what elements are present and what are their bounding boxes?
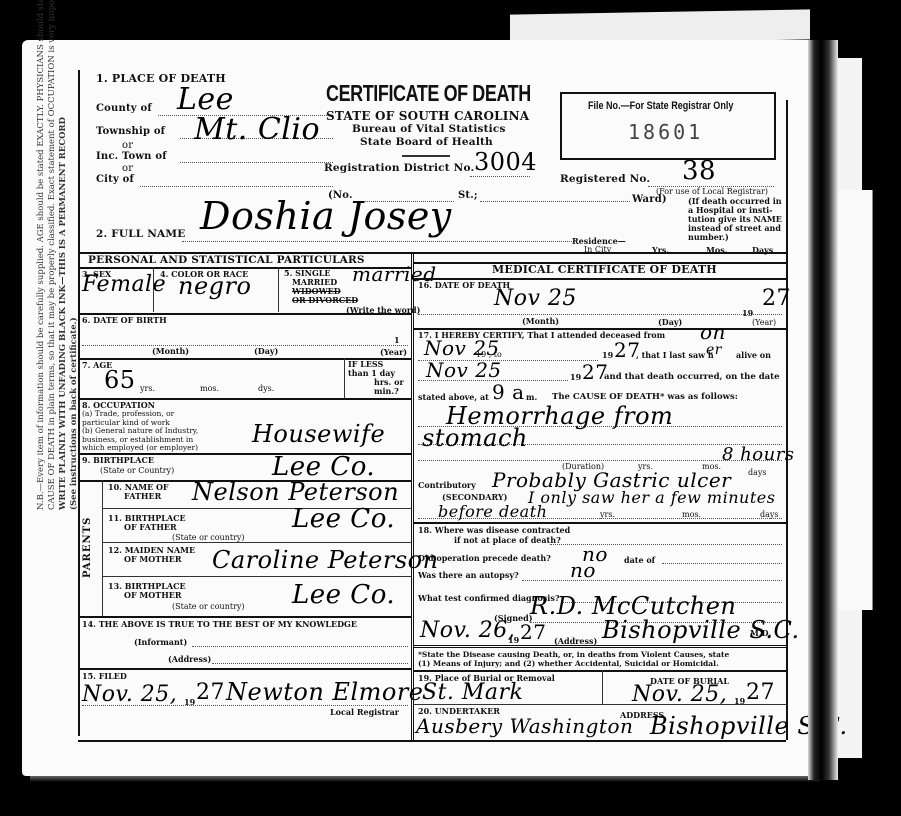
parents-column-divider (102, 480, 103, 616)
bureau-name: Bureau of Vital Statistics (352, 123, 506, 135)
undertaker-value: Ausbery Washington (416, 714, 633, 738)
secondary-label: (SECONDARY) (442, 492, 507, 502)
duration-value: 8 hours (722, 444, 795, 465)
mother-maiden-name-value: Caroline Peterson (212, 546, 439, 574)
contributory-label: Contributory (418, 480, 476, 490)
age-mos: mos. (200, 384, 219, 393)
cause-of-death-line-2: stomach (422, 424, 528, 452)
contributory-value-2: I only saw her a few minutes (528, 488, 775, 507)
sign-year-prefix: 19 (508, 635, 519, 645)
or-text: or (122, 140, 133, 151)
date-of-death-line (418, 314, 782, 315)
sign-year-value: 27 (520, 620, 546, 644)
year-prefix: 19 (742, 308, 753, 318)
father-birthplace-caption: (State or country) (172, 533, 245, 542)
death-occurred-text: and that death occurred, on the date (604, 372, 780, 382)
file-box-label: File No.—For State Registrar Only (588, 100, 733, 112)
street-line (480, 201, 630, 202)
filed-line (82, 705, 408, 706)
dob-label: 6. DATE OF BIRTH (82, 315, 167, 325)
board-name: State Board of Health (360, 136, 493, 148)
registered-no-label: Registered No. (560, 173, 650, 185)
full-name-line (182, 241, 572, 242)
date-of-death-value: Nov 25 (494, 286, 577, 311)
last-saw-pronoun: er (706, 342, 722, 358)
hospital-note-line: number.) (688, 233, 782, 242)
state-registrar-file-box: File No.—For State Registrar Only 18601 (560, 92, 776, 160)
local-registrar-signature: Newton Elmore (226, 678, 424, 706)
informant-address-line (212, 663, 408, 664)
year-of-death-value: 27 (762, 286, 791, 311)
time-of-death-value: 9 a (492, 380, 525, 404)
full-name-value: Doshia Josey (200, 194, 452, 238)
informant-label: (Informant) (134, 637, 187, 647)
death-certificate-page: N.B.—Every item of information should be… (22, 40, 812, 776)
center-column-divider (411, 252, 414, 740)
cause-footnote: *State the Disease causing Death, or, in… (418, 650, 729, 668)
day-caption: (Day) (658, 317, 682, 327)
city-label: City of (96, 174, 134, 185)
registration-district-label: Registration District No. (324, 162, 474, 174)
column-divider (278, 267, 279, 312)
registration-district-value: 3004 (474, 148, 537, 176)
secondary-mos: mos. (682, 510, 701, 519)
dob-day-caption: (Day) (254, 346, 278, 356)
township-label: Township of (96, 126, 165, 137)
certificate-title: CERTIFICATE OF DEATH (326, 80, 531, 107)
dob-line (82, 345, 408, 346)
occupation-instruction-line: which employed (or employer) (82, 444, 198, 453)
city-field-line (140, 186, 333, 187)
footnote-line: *State the Disease causing Death, or, in… (418, 650, 729, 659)
file-number: 18601 (628, 120, 703, 144)
operation-label: Did operation precede death? (418, 553, 551, 563)
occupation-value: Housewife (252, 420, 385, 448)
last-saw-text: , that I last saw h (636, 350, 714, 360)
label-line: OF MOTHER (108, 555, 195, 564)
year-prefix-1: 19 (602, 350, 613, 360)
alive-on-text: alive on (736, 350, 771, 360)
filed-year-value: 27 (196, 680, 225, 705)
row-divider (102, 576, 411, 577)
row-divider (414, 522, 786, 524)
mother-birthplace-value: Lee Co. (292, 580, 395, 610)
duration-days: days (748, 468, 767, 477)
side-instruction-line: N.B.—Every item of information should be… (36, 0, 47, 510)
mother-birthplace-label: 13. BIRTHPLACE OF MOTHER (108, 582, 186, 600)
form-right-border (786, 100, 788, 740)
if-less-than-day: IF LESS than 1 day hrs. or min.? (348, 360, 404, 396)
dob-year-caption: (Year) (380, 347, 407, 357)
secondary-yrs: yrs. (600, 510, 615, 519)
personal-section-heading: PERSONAL AND STATISTICAL PARTICULARS (88, 254, 365, 266)
m-text: m. (526, 392, 537, 402)
date-of-label: date of (624, 555, 655, 565)
father-name-label: 10. NAME OF FATHER (108, 483, 169, 501)
birthplace-caption: (State or Country) (100, 466, 174, 475)
operation-date-line (662, 563, 782, 564)
race-value: negro (178, 272, 251, 300)
autopsy-label: Was there an autopsy? (418, 570, 519, 580)
book-binding (808, 40, 838, 780)
filed-date-value: Nov. 25, (82, 682, 177, 707)
occupation-instructions: (a) Trade, profession, or particular kin… (82, 410, 198, 453)
medical-section-heading: MEDICAL CERTIFICATE OF DEATH (492, 263, 717, 276)
secondary-days: days (760, 510, 779, 519)
dob-year-value: 1 (394, 335, 400, 345)
label-line: FATHER (108, 492, 169, 501)
inc-town-label: Inc. Town of (96, 151, 167, 162)
age-dys: dys. (258, 384, 274, 393)
age-value: 65 (104, 366, 136, 394)
cause-intro-text: The CAUSE OF DEATH* was as follows: (552, 392, 738, 402)
stated-above-text: stated above, at (418, 392, 489, 402)
local-registrar-label: Local Registrar (330, 707, 399, 717)
dob-month-caption: (Month) (152, 346, 189, 356)
full-name-label: 2. FULL NAME (96, 228, 185, 240)
father-birthplace-value: Lee Co. (292, 504, 395, 534)
informant-address-label: (Address) (168, 654, 211, 664)
mother-maiden-name-label: 12. MAIDEN NAME OF MOTHER (108, 546, 195, 564)
where-contracted-label-2: if not at place of death? (454, 535, 561, 545)
side-instruction-line: (See instructions on back of certificate… (69, 0, 80, 510)
autopsy-line (522, 580, 782, 581)
father-birthplace-label: 11. BIRTHPLACE OF FATHER (108, 514, 186, 532)
filed-label: 15. FILED (82, 671, 127, 681)
row-divider (102, 542, 411, 543)
label-line: OF MOTHER (108, 591, 186, 600)
or-text: or (122, 163, 133, 174)
side-instruction-line: WRITE PLAINLY WITH UNFADING BLACK INK—TH… (58, 0, 69, 510)
column-divider (153, 267, 154, 312)
label-line: OF FATHER (108, 523, 186, 532)
year-caption: (Year) (752, 318, 776, 327)
physician-address-value: Bishopville S.C. (602, 616, 800, 644)
state-name: STATE OF SOUTH CAROLINA (326, 109, 529, 123)
if-less-line: min.? (348, 387, 404, 396)
row-divider (414, 670, 786, 672)
birthplace-label: 9. BIRTHPLACE (82, 455, 154, 465)
row-divider (414, 704, 786, 705)
column-divider (602, 670, 603, 704)
where-contracted-label: 18. Where was disease contracted (418, 525, 570, 535)
marital-option: OR DIVORCED (284, 296, 358, 305)
ward-label: Ward) (632, 194, 667, 205)
informant-line (192, 646, 408, 647)
father-name-value: Nelson Peterson (192, 478, 399, 506)
row-divider (414, 645, 786, 648)
street-label: St.; (458, 190, 478, 201)
title-divider (402, 155, 450, 157)
age-yrs: yrs. (140, 384, 155, 393)
sign-date-value: Nov. 26, (420, 618, 515, 643)
marital-status-options: 5. SINGLE MARRIED WIDOWED OR DIVORCED (284, 269, 358, 305)
background-sheet-edge (836, 190, 873, 610)
registered-no-value: 38 (682, 156, 716, 186)
parents-label: PARENTS (82, 517, 93, 578)
inc-town-field-line (180, 162, 333, 163)
mother-birthplace-caption: (State or country) (172, 602, 245, 611)
attended-from-value: on (700, 320, 726, 344)
county-label: County of (96, 103, 152, 114)
form-bottom-border (78, 740, 786, 742)
column-divider (344, 358, 345, 398)
side-instruction-line: CAUSE OF DEATH in plain terms, so that i… (47, 0, 58, 510)
local-registrar-note: (For use of Local Registrar) (656, 187, 768, 196)
side-instructions: N.B.—Every item of information should be… (36, 0, 80, 510)
footnote-line: (1) Means of Injury; and (2) whether Acc… (418, 659, 729, 668)
autopsy-value: no (570, 558, 596, 582)
informant-heading: 14. THE ABOVE IS TRUE TO THE BEST OF MY … (82, 619, 357, 629)
burial-place-value: St. Mark (422, 680, 523, 705)
township-value: Mt. Clio (194, 112, 320, 147)
hospital-note: (If death occurred in a Hospital or inst… (688, 197, 782, 242)
row-divider (78, 668, 411, 670)
year-prefix-2: 19 (570, 372, 581, 382)
registration-district-line (470, 176, 530, 177)
row-divider (78, 616, 411, 618)
last-saw-date: Nov 25 (426, 358, 502, 382)
month-caption: (Month) (522, 316, 559, 326)
burial-year-value: 27 (746, 680, 775, 705)
